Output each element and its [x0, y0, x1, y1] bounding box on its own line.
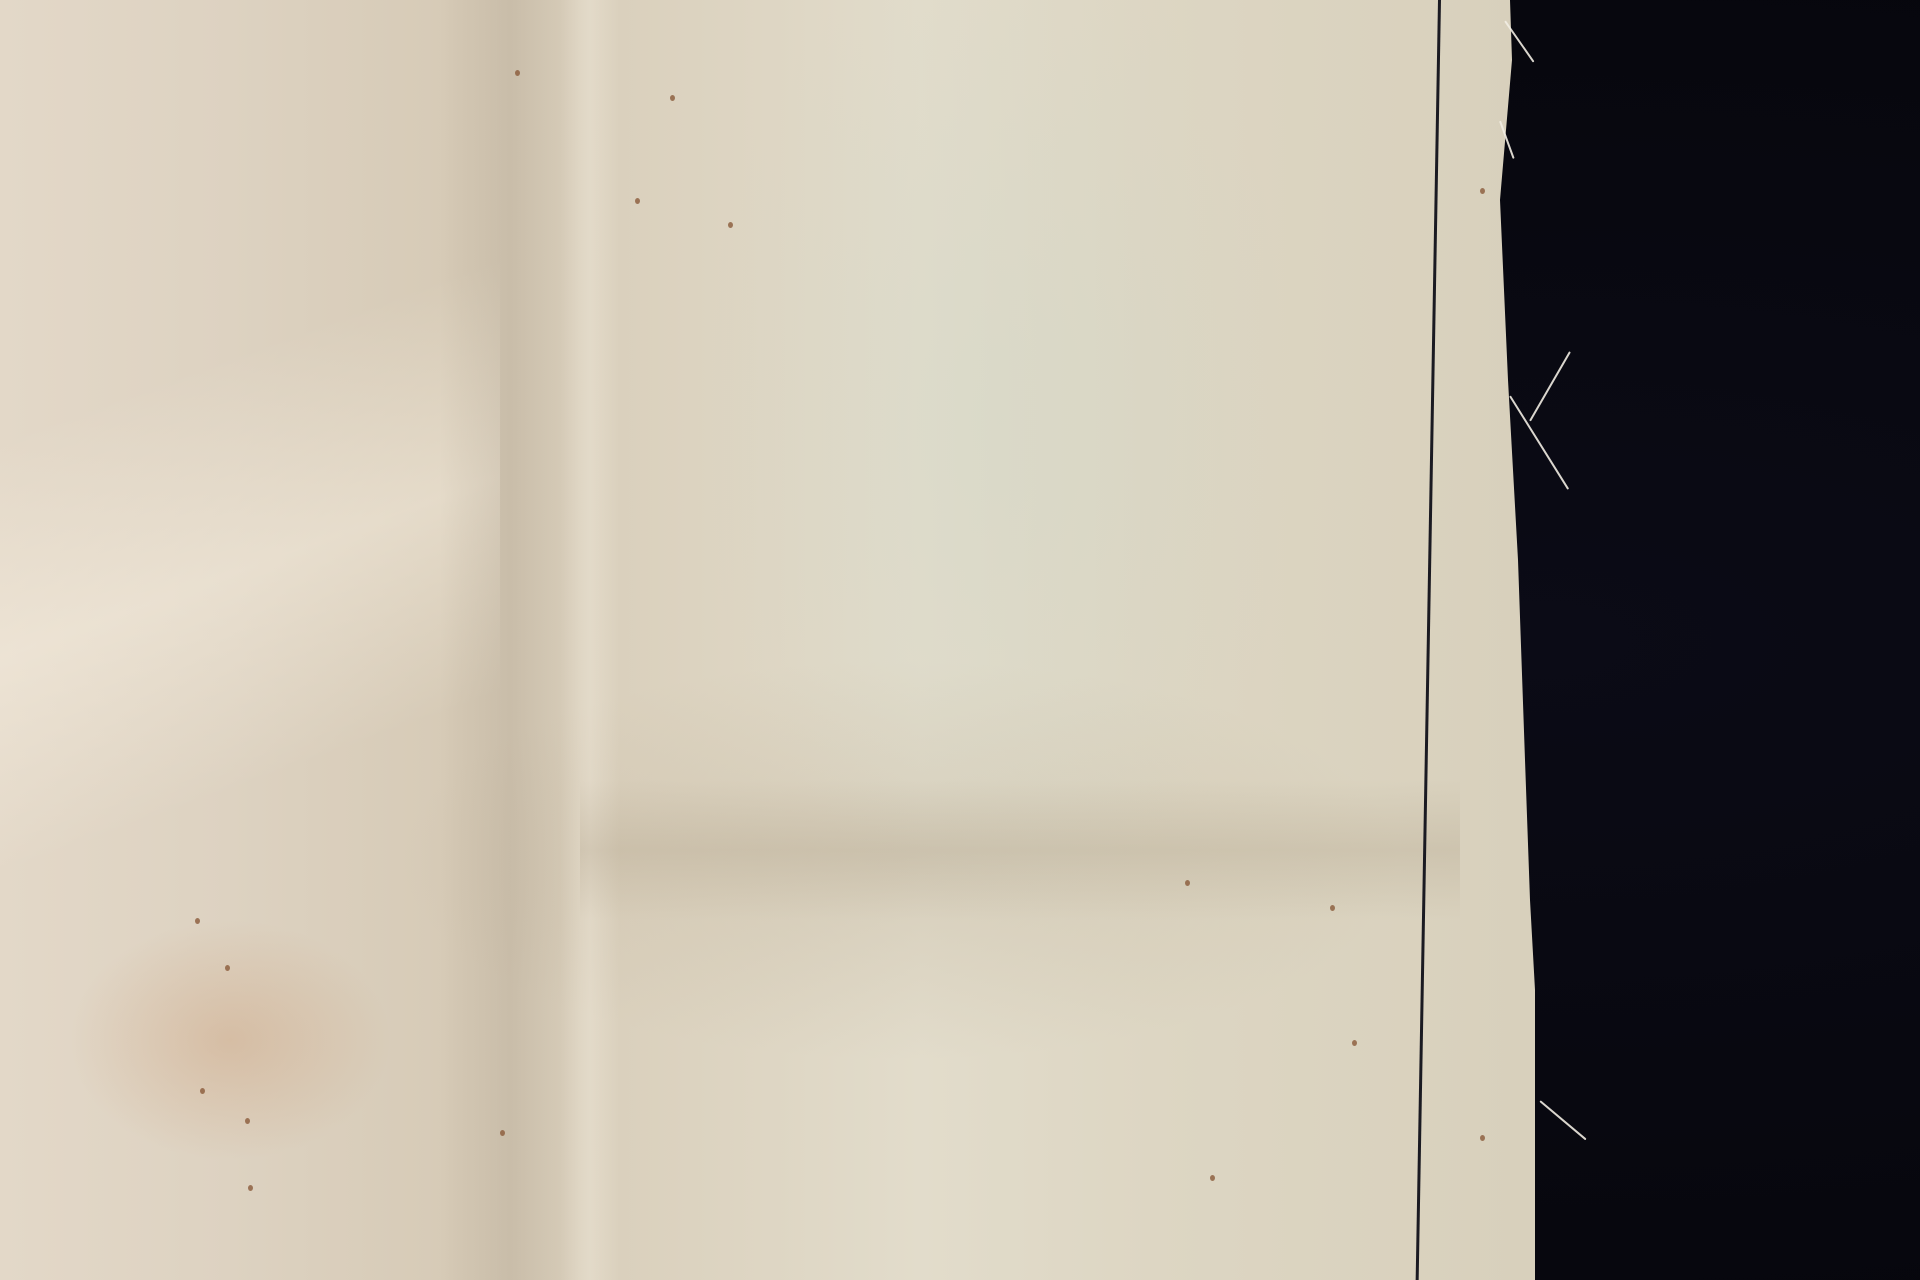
stain-spot [670, 95, 675, 101]
stain-spot [1210, 1175, 1215, 1181]
stain-spot [1330, 905, 1335, 911]
stain-spot [515, 70, 520, 76]
stain-spot [728, 222, 733, 228]
horizontal-fold-shade [580, 780, 1460, 920]
stain-spot [225, 965, 230, 971]
stain-spot [1480, 1135, 1485, 1141]
fold-shadow [440, 0, 580, 1280]
stain-spot [248, 1185, 253, 1191]
stain-spot [1480, 188, 1485, 194]
stain-spot [245, 1118, 250, 1124]
stain-spot [1185, 880, 1190, 886]
stain-spot [195, 918, 200, 924]
fold-highlight [560, 0, 620, 1280]
stain-spot [635, 198, 640, 204]
fabric-crease [0, 0, 500, 1280]
fabric-photo [0, 0, 1920, 1280]
stain-spot [1352, 1040, 1357, 1046]
stain-spot [500, 1130, 505, 1136]
stain-spot [200, 1088, 205, 1094]
